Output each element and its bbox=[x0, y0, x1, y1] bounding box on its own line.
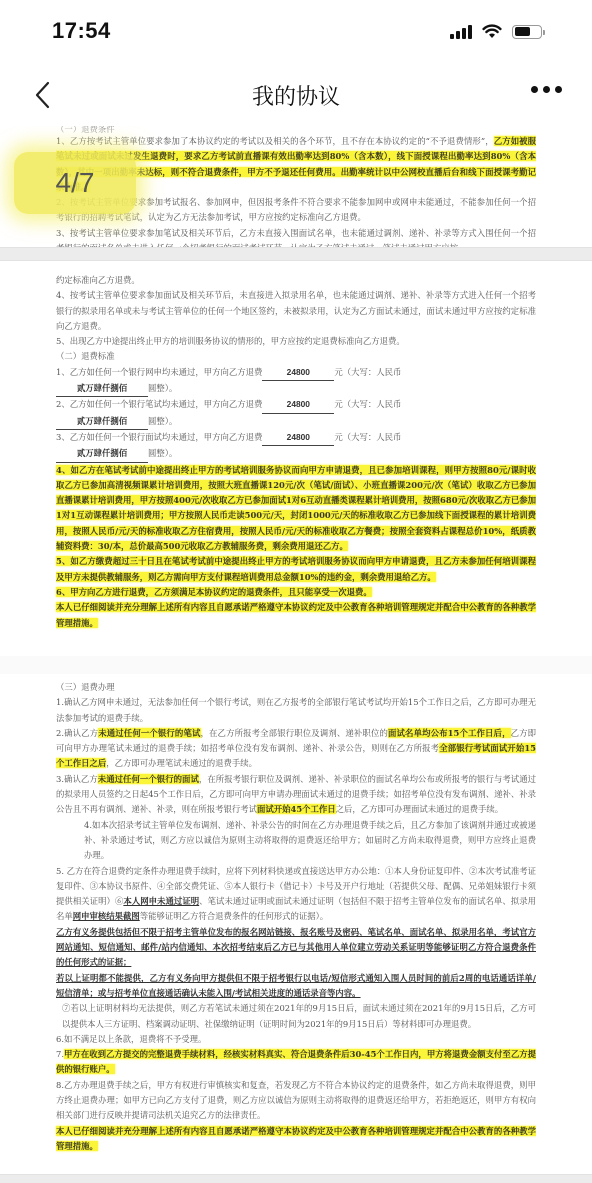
refund-standard-6: 6、甲方向乙方进行退费，乙方须满足本协议约定的退费条件，且只能享受一次退费。 bbox=[56, 585, 536, 600]
more-dots-icon bbox=[531, 86, 538, 93]
clause-5: 5、出现乙方中途提出终止甲方的培训服务协议的情形的，甲方应按约定退费标准向乙方退… bbox=[56, 334, 536, 349]
document-viewer[interactable]: （一）退费条件 1、乙方按考试主管单位要求参加了本协议约定的考试以及相关的各个环… bbox=[0, 126, 592, 1183]
status-time: 17:54 bbox=[52, 18, 111, 44]
process-8: 8.乙方办理退费手续之后，甲方有权进行审慎核实和复查，若发现乙方不符合本协议约定… bbox=[56, 1078, 536, 1124]
refund-amount-words-3: 贰万肆仟捌佰 bbox=[56, 446, 148, 462]
document-page-4: 约定标准向乙方退费。 4、按考试主管单位要求参加面试及相关环节后，未直接进入拟录… bbox=[0, 261, 592, 656]
process-2: 2.确认乙方未通过任何一个银行的笔试，在乙方所报考全部银行职位及调剂、递补职位的… bbox=[56, 726, 536, 772]
refund-amount-3: 24800 bbox=[262, 430, 334, 446]
page-indicator: 4/7 bbox=[14, 152, 136, 214]
process-4: 4.如本次招录考试主管单位发布调剂、递补、补录公告的时间在乙方办理退费手续之后，… bbox=[56, 818, 536, 864]
process-3: 3.确认乙方未通过任何一个银行的面试，在所报考银行职位及调剂、递补、补录职位的面… bbox=[56, 772, 536, 818]
declaration: 本人已仔细阅读并充分理解上述所有内容且自愿承诺严格遵守本协议约定及中公教育各种培… bbox=[56, 600, 536, 631]
more-button[interactable] bbox=[531, 86, 562, 93]
process-5: 5. 乙方在符合退费约定条件办理退费手续时，应将下列材料快递或直接送达甲方办公地… bbox=[56, 864, 536, 925]
section-heading-refund-conditions: （一）退费条件 bbox=[56, 126, 536, 134]
page-separator bbox=[0, 1174, 592, 1183]
section-heading-refund-standard: （二）退费标准 bbox=[56, 349, 536, 364]
refund-standard-5: 5、如乙方缴费超过三十日且在笔试考试前中途提出终止甲方的考试培训服务协议而向甲方… bbox=[56, 554, 536, 585]
refund-standard-4: 4、如乙方在笔试考试前中途提出终止甲方的考试培训服务协议而向甲方申请退费，且已参… bbox=[56, 463, 536, 555]
obligation-call-records: 若以上证明都不能提供，乙方有义务向甲方提供但不限于招考银行以电话/短信形式通知入… bbox=[56, 971, 536, 1002]
battery-icon bbox=[512, 25, 542, 39]
process-1: 1.确认乙方网申未通过，无法参加任何一个银行考试，则在乙方报考的全部银行笔试考试… bbox=[56, 695, 536, 726]
clause-3-continued: 约定标准向乙方退费。 bbox=[56, 273, 536, 288]
nav-bar: 我的协议 bbox=[0, 64, 592, 126]
process-7: 7.甲方在收到乙方提交的完整退费手续材料，经核实材料真实、符合退费条件后30-4… bbox=[56, 1047, 536, 1078]
page-title: 我的协议 bbox=[0, 80, 592, 111]
wifi-icon bbox=[482, 24, 502, 39]
process-5-7: ⑦若以上证明材料均无法提供，则乙方若笔试未通过须在2021年的9月15日后，面试… bbox=[56, 1001, 536, 1032]
refund-standard-1: 1、乙方如任何一个银行网申均未通过，甲方向乙方退费24800元（大写：人民币 贰… bbox=[56, 365, 536, 398]
process-6: 6.如不满足以上条款，退费将不予受理。 bbox=[56, 1032, 536, 1047]
more-dot bbox=[543, 86, 550, 93]
refund-amount-words-1: 贰万肆仟捌佰 bbox=[56, 381, 148, 397]
refund-amount-2: 24800 bbox=[262, 397, 334, 413]
status-bar: 17:54 bbox=[0, 0, 592, 64]
document-page-5: （三）退费办理 1.确认乙方网申未通过，无法参加任何一个银行考试，则在乙方报考的… bbox=[0, 674, 592, 1174]
refund-standard-2: 2、乙方如任何一个银行笔试均未通过，甲方向乙方退费24800元（大写：人民币 贰… bbox=[56, 397, 536, 430]
page-separator bbox=[0, 247, 592, 261]
refund-standard-3: 3、乙方如任何一个银行面试均未通过，甲方向乙方退费24800元（大写：人民币 贰… bbox=[56, 430, 536, 463]
section-heading-refund-process: （三）退费办理 bbox=[56, 680, 536, 695]
clause-4: 4、按考试主管单位要求参加面试及相关环节后，未直接进入拟录用名单，也未能通过调剂… bbox=[56, 288, 536, 334]
refund-amount-words-2: 贰万肆仟捌佰 bbox=[56, 414, 148, 430]
declaration-2: 本人已仔细阅读并充分理解上述所有内容且自愿承诺严格遵守本协议约定及中公教育各种培… bbox=[56, 1124, 536, 1155]
status-icons bbox=[450, 24, 542, 39]
more-dot bbox=[555, 86, 562, 93]
obligation-evidence: 乙方有义务提供包括但不限于招考主管单位发布的报名网站链接、报名账号及密码、笔试名… bbox=[56, 925, 536, 971]
refund-amount-1: 24800 bbox=[262, 365, 334, 381]
signal-icon bbox=[450, 25, 472, 39]
